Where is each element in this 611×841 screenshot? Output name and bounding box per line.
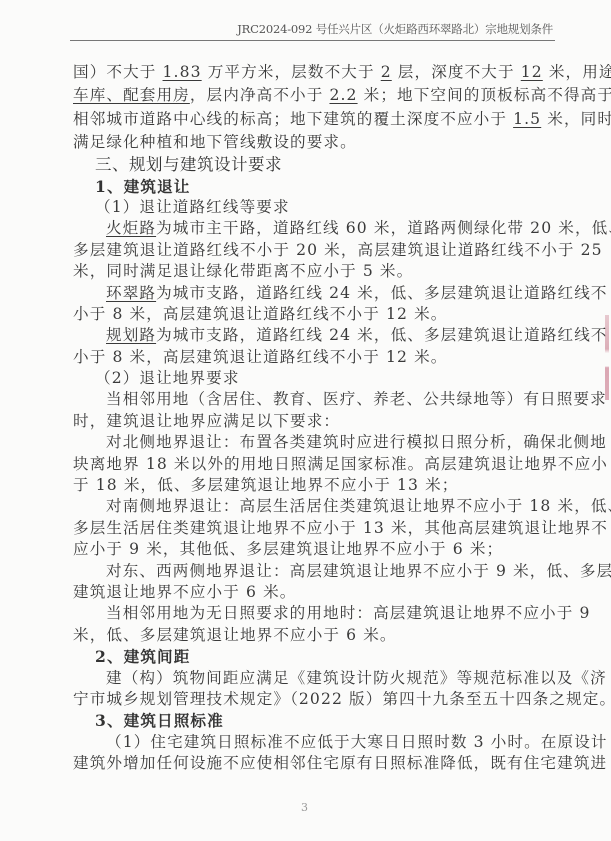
text-line: 当相邻用地（含居住、教育、医疗、养老、公共绿地等）有日照要求 — [73, 389, 543, 410]
road-name: 环翠路 — [106, 284, 156, 302]
subsection-heading: 3、建筑日照标准 — [73, 710, 543, 731]
text-line: 多层生活居住类建筑退让地界不应小于 13 米，其他高层建筑退让地界不 — [73, 518, 543, 539]
clause-heading: （1）退让道路红线等要求 — [73, 197, 543, 218]
subsection-heading: 1、建筑退让 — [73, 176, 543, 197]
text-line: 规划路为城市支路，道路红线 24 米，低、多层建筑退让道路红线不 — [73, 325, 543, 346]
underlined-value: 车库、配套用房 — [73, 86, 190, 104]
clause-heading: （2）退让地界要求 — [73, 368, 543, 389]
text-line: 多层建筑退让道路红线不小于 20 米，高层建筑退让道路红线不小于 25 — [73, 240, 543, 261]
text-line: 应小于 9 米，其他低、多层建筑退让地界不应小于 6 米； — [73, 539, 543, 560]
page-header: JRC2024-092 号任兴片区（火炬路西环翠路北）宗地规划条件 — [70, 18, 555, 41]
text-line: 建筑外增加任何设施不应使相邻住宅原有日照标准降低，既有住宅建筑进 — [73, 753, 543, 774]
text-line: 时，建筑退让地界应满足以下要求： — [73, 411, 543, 432]
text-line: 小于 8 米，高层建筑退让道路红线不小于 12 米。 — [73, 304, 543, 325]
seal-stamp-edge — [605, 315, 609, 400]
text-line: 相邻城市道路中心线的标高；地下建筑的覆土深度不应小于 1.5 米，同时 — [73, 108, 543, 131]
text-line: 建（构）筑物间距应满足《建筑设计防火规范》等规范标准以及《济 — [73, 668, 543, 689]
subsection-heading: 2、建筑间距 — [73, 646, 543, 667]
text-line: 当相邻用地为无日照要求的用地时：高层建筑退让地界不应小于 9 — [73, 603, 543, 624]
road-name: 规划路 — [106, 326, 156, 344]
text-line: 对南侧地界退让：高层生活居住类建筑退让地界不应小于 18 米，低、 — [73, 496, 543, 517]
text-line: 国）不大于 1.83 万平方米，层数不大于 2 层，深度不大于 12 米，用途为 — [73, 61, 543, 84]
road-name: 火炬路 — [106, 219, 156, 237]
text-line: 火炬路为城市主干路，道路红线 60 米，道路两侧绿化带 20 米，低、 — [73, 218, 543, 239]
text-line: 环翠路为城市支路，道路红线 24 米，低、多层建筑退让道路红线不 — [73, 283, 543, 304]
text-line: 对东、西两侧地界退让：高层建筑退让地界不应小于 9 米，低、多层 — [73, 561, 543, 582]
text-line: 宁市城乡规划管理技术规定》（2022 版）第四十九条至五十四条之规定。 — [73, 689, 543, 710]
text-line: （1）住宅建筑日照标准不应低于大寒日日照时数 3 小时。在原设计 — [73, 732, 543, 753]
text-line: 满足绿化种植和地下管线敷设的要求。 — [73, 131, 543, 154]
underlined-value: 2.2 — [329, 86, 357, 104]
underlined-value: 1.5 — [513, 110, 541, 128]
text-line: 米，低、多层建筑退让地界不应小于 6 米。 — [73, 625, 543, 646]
document-title: JRC2024-092 号任兴片区（火炬路西环翠路北）宗地规划条件 — [237, 21, 553, 37]
section-heading: 三、规划与建筑设计要求 — [73, 154, 543, 175]
text-line: 对北侧地界退让：布置各类建筑时应进行模拟日照分析，确保北侧地 — [73, 432, 543, 453]
underlined-value: 12 — [521, 63, 543, 81]
text-line: 建筑退让地界不应小于 6 米。 — [73, 582, 543, 603]
text-line: 块离地界 18 米以外的用地日照满足国家标准。高层建筑退让地界不应小 — [73, 454, 543, 475]
underlined-value: 2 — [381, 63, 392, 81]
text-line: 米，同时满足退让绿化带距离不应小于 5 米。 — [73, 261, 543, 282]
text-line: 于 18 米，低、多层建筑退让地界不应小于 13 米； — [73, 475, 543, 496]
underlined-value: 1.83 — [163, 63, 202, 81]
document-body: 国）不大于 1.83 万平方米，层数不大于 2 层，深度不大于 12 米，用途为… — [73, 61, 543, 775]
text-line: 车库、配套用房，层内净高不小于 2.2 米；地下空间的顶板标高不得高于 — [73, 84, 543, 107]
page-number: 3 — [301, 801, 308, 814]
document-page: JRC2024-092 号任兴片区（火炬路西环翠路北）宗地规划条件 国）不大于 … — [0, 0, 611, 841]
text-line: 小于 8 米，高层建筑退让道路红线不小于 12 米。 — [73, 347, 543, 368]
